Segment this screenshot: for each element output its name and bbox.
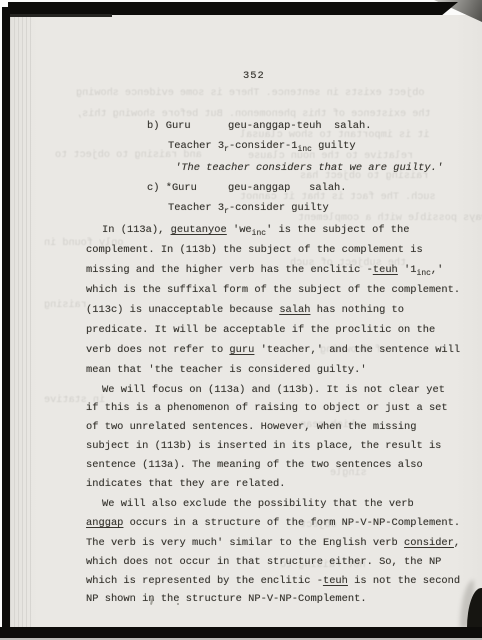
text-line: which is the suffixal form of the subjec…	[86, 284, 460, 297]
text-line: 'The teacher considers that we are guilt…	[175, 162, 443, 175]
text-line: Teacher 3r-consider guilty	[168, 202, 329, 215]
text-line: complement. In (113b) the subject of the…	[86, 244, 423, 257]
text-line: In (113a), geutanyoe 'weinc' is the subj…	[102, 224, 410, 237]
text-line: The verb is very much' similar to the En…	[86, 537, 460, 550]
scanned-page: object exists in sentence. There is some…	[0, 0, 482, 640]
text-line: predicate. It will be acceptable if the …	[86, 324, 435, 337]
text-line: which does not occur in that structure e…	[86, 556, 441, 569]
page-stack-edges	[10, 15, 34, 627]
text-line: if this is a phenomenon of raising to ob…	[86, 402, 448, 415]
page-number: 352	[243, 70, 265, 82]
scan-frame-left	[2, 7, 10, 631]
text-line: c) *Guru geu-anggap salah.	[147, 182, 347, 195]
text-line: Teacher 3r-consider-1inc guilty	[168, 140, 356, 153]
text-line: We will focus on (113a) and (113b). It i…	[102, 384, 445, 397]
text-line: b) Guru geu-anggap-teuh salah.	[147, 120, 371, 133]
text-line: verb does not refer to guru 'teacher,' a…	[86, 344, 460, 357]
bleed-through-text: object exists in sentence. There is some…	[76, 88, 424, 99]
text-line: anggap occurs in a structure of the form…	[86, 517, 460, 530]
pencil-dot	[177, 603, 179, 605]
scan-frame-top-step	[8, 14, 112, 17]
text-line: sentence (113a). The meaning of the two …	[86, 459, 423, 472]
text-line: which is represented by the enclitic -te…	[86, 575, 460, 588]
paper-sheet	[10, 15, 482, 627]
text-line: mean that 'the teacher is considered gui…	[86, 364, 367, 377]
text-line: (113c) is unacceptable because salah has…	[86, 304, 404, 317]
text-line: missing and the higher verb has the encl…	[86, 264, 443, 277]
text-line: of two unrelated sentences. However, whe…	[86, 421, 416, 434]
bleed-through-text: the existence of this phenomenon. But be…	[76, 109, 431, 120]
bleed-through-text: raising	[44, 300, 87, 311]
scan-frame-bottom	[0, 627, 482, 638]
text-line: indicates that they are related.	[86, 478, 286, 491]
text-line: We will also exclude the possibility tha…	[102, 498, 414, 511]
text-line: subject in (113b) is inserted in its pla…	[86, 440, 441, 453]
text-line: NP shown in the structure NP-V-NP-Comple…	[86, 593, 367, 606]
